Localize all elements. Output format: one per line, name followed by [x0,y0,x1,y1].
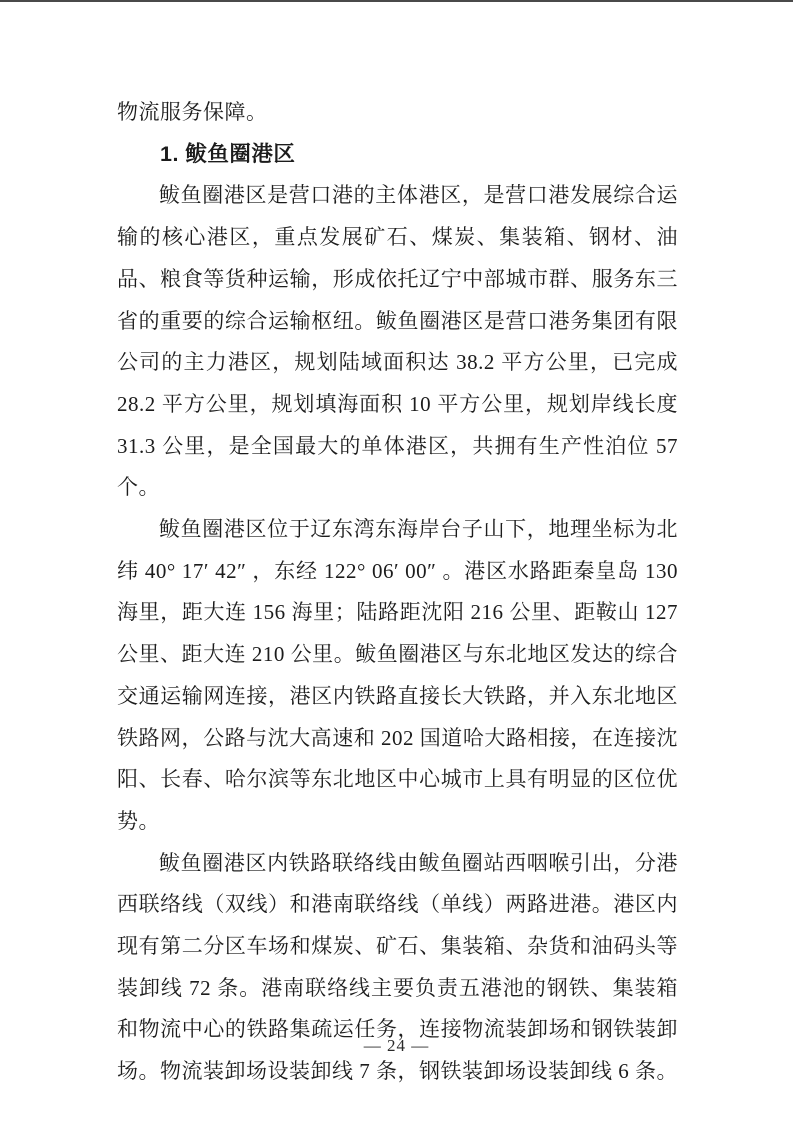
page-number: — 24 — [364,1036,430,1055]
page-footer: — 24 — [0,1036,793,1056]
section-heading: 1. 鲅鱼圈港区 [117,134,678,176]
body-paragraph-1: 鲅鱼圈港区是营口港的主体港区，是营口港发展综合运输的核心港区，重点发展矿石、煤炭… [117,175,678,509]
document-page: 物流服务保障。 1. 鲅鱼圈港区 鲅鱼圈港区是营口港的主体港区，是营口港发展综合… [0,0,793,1122]
body-paragraph-2: 鲅鱼圈港区位于辽东湾东海岸台子山下，地理坐标为北纬 40° 17′ 42″ ，东… [117,509,678,843]
page-top-border [0,0,793,2]
document-content: 物流服务保障。 1. 鲅鱼圈港区 鲅鱼圈港区是营口港的主体港区，是营口港发展综合… [117,92,678,1093]
continuation-paragraph: 物流服务保障。 [117,92,678,134]
